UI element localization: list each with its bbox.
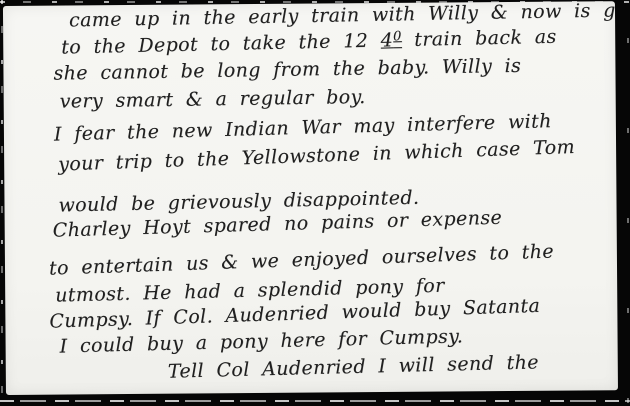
train-time-underlined: 40: [380, 29, 402, 51]
letter-line-13: Tell Col Audenried I will send the: [168, 351, 540, 382]
letter-line-2-suffix: train back as: [402, 26, 557, 51]
letter-line-9: to entertain us & we enjoyed ourselves t…: [49, 240, 555, 279]
scan-noise-bottom-scratch: [0, 400, 630, 402]
letter-line-3: she cannot be long from the baby. Willy …: [53, 55, 521, 85]
scan-frame: came up in the early train with Willy & …: [0, 0, 630, 406]
letter-line-4: very smart & a regular boy.: [60, 86, 366, 113]
scan-noise-right: [627, 0, 629, 406]
letter-line-2-prefix: to the Depot to take the 12: [61, 30, 381, 59]
train-time-superscript: 0: [393, 29, 402, 44]
letter-line-2: to the Depot to take the 12 40 train bac…: [61, 26, 557, 59]
letter-page: came up in the early train with Willy & …: [3, 1, 618, 395]
train-time-digit: 4: [380, 29, 393, 51]
